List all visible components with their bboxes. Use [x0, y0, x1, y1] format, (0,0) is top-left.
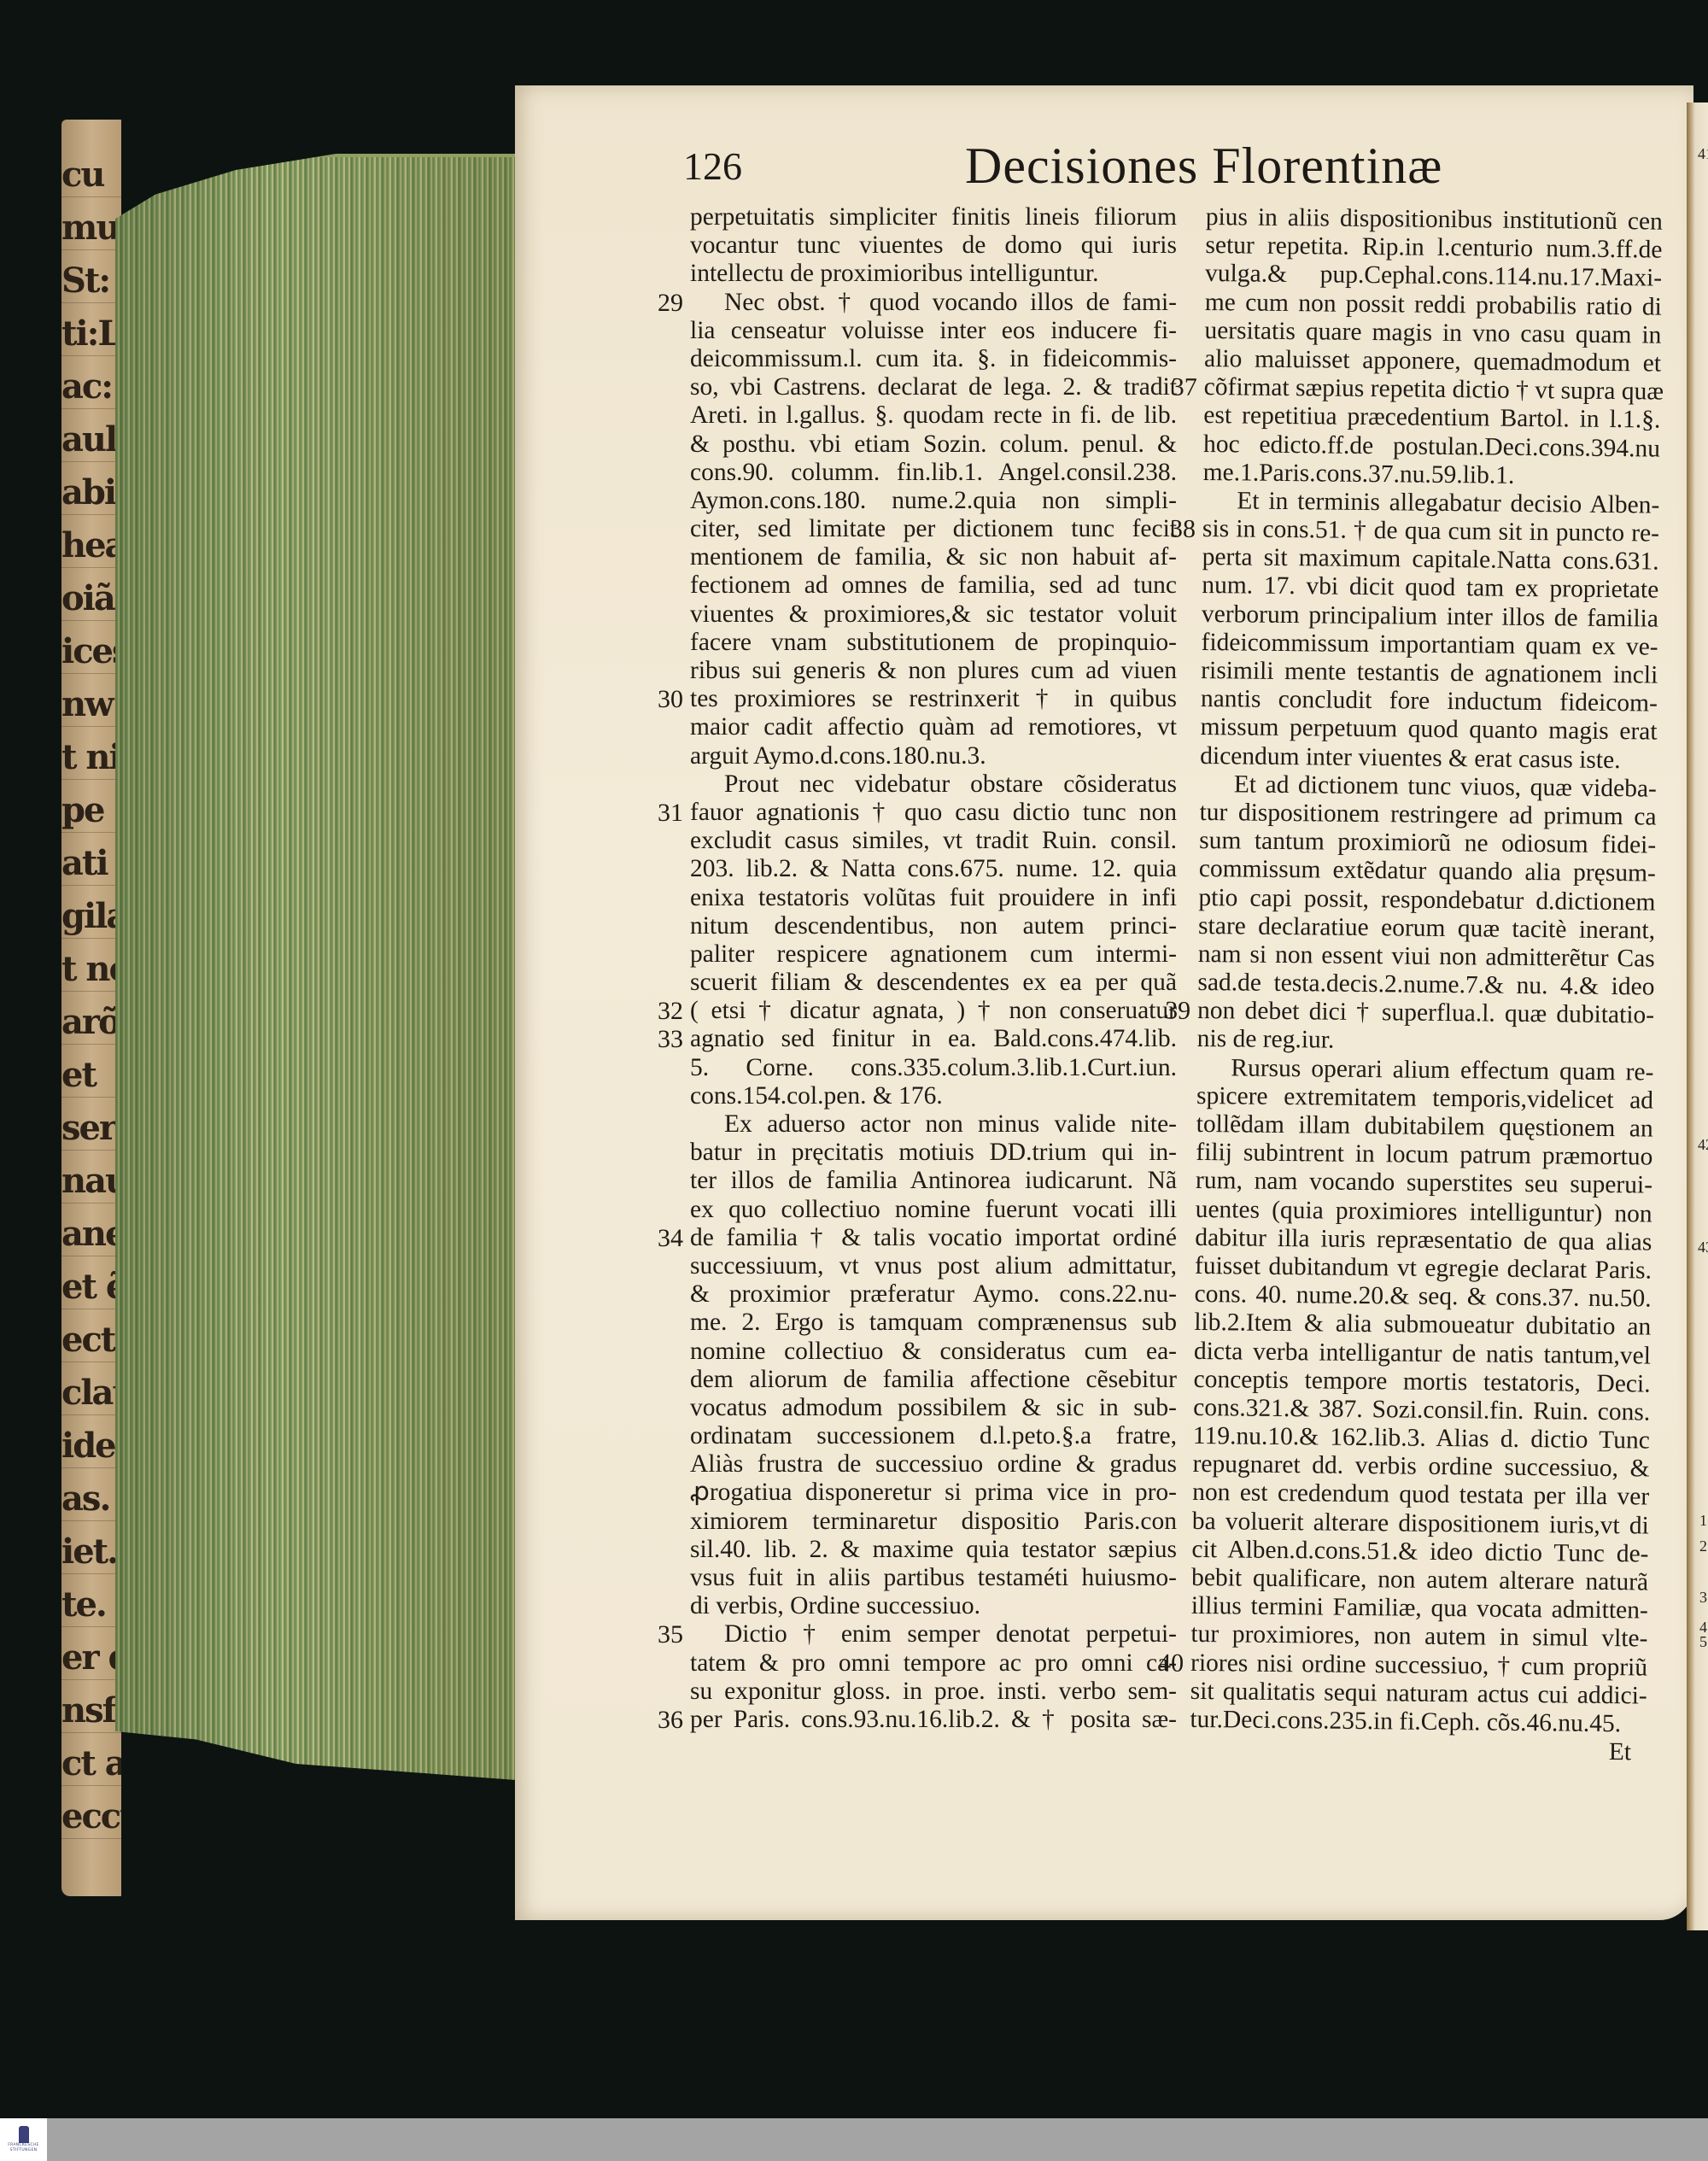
text-line: fuisset dubitandum vt egregie declarat P…: [1195, 1252, 1652, 1285]
marginal-number: 37: [1172, 373, 1197, 402]
text-line: cõfirmat sæpius repetita dictio † vt sup…: [1204, 373, 1661, 407]
text-line: perpetuitatis simpliciter finitis lineis…: [690, 203, 1177, 231]
text-line: non debet dici † superflua.l. quæ dubita…: [1197, 997, 1654, 1030]
spine-manuscript-fragment: St:: [61, 260, 121, 303]
spine-manuscript-fragment: iet.: [61, 1531, 121, 1574]
text-line: ximiorem terminaretur dispositio Paris.c…: [690, 1508, 1177, 1536]
text-line: riores nisi ordine successiuo, † cum pro…: [1190, 1649, 1647, 1682]
text-line: Rursus operari alium effectum quam re-: [1196, 1054, 1653, 1087]
text-line: risimili mente testantis de agnationem i…: [1201, 657, 1658, 690]
next-leaf-number: 1: [1699, 1512, 1707, 1530]
text-line: spicere extremitatem temporis,videlicet …: [1196, 1082, 1653, 1116]
marginal-number: 40: [1158, 1649, 1184, 1678]
text-line: nomine collectiuo & consideratus cum ea-: [690, 1338, 1177, 1366]
running-title: Decisiones Florentinæ: [965, 137, 1442, 196]
next-leaf-number: 2: [1699, 1537, 1707, 1555]
text-line: ( etsi † dicatur agnata, ) † non conseru…: [690, 997, 1177, 1025]
spine-manuscript-fragment: ac:: [61, 366, 121, 409]
spine-manuscript-fragment: as.: [61, 1478, 121, 1521]
text-column-right: pius in aliis dispositionibus institutio…: [1190, 203, 1663, 1767]
text-line: tollẽdam illam dubitabilem quęstionem an: [1196, 1110, 1653, 1144]
next-leaf-number: 41: [1698, 145, 1708, 163]
marginal-number: 35: [658, 1620, 683, 1649]
text-line: nam si non essent viui non admitterẽtur …: [1198, 940, 1655, 974]
text-line: lia censeatur voluisse inter eos inducer…: [690, 317, 1177, 345]
text-line: nantis concludit fore inductum fideicom-: [1201, 685, 1658, 718]
text-line: repugnaret dd. verbis ordine successiuo,…: [1192, 1450, 1649, 1484]
text-line: alio maluisset apponere, quemadmodum et: [1204, 345, 1661, 378]
text-line: enixa testatoris volũtas fuit prouidere …: [690, 884, 1177, 912]
marginal-number: 38: [1170, 515, 1196, 544]
text-line: cons.321.& 387. Sozi.consil.fin. Ruin. c…: [1193, 1394, 1650, 1427]
text-line: tes proximiores se restrinxerit † in qui…: [690, 685, 1177, 713]
text-line: facere vnam substitutionem de propinquio…: [690, 629, 1177, 657]
text-line: cit Alben.d.cons.51.& ideo dictio Tunc d…: [1191, 1536, 1648, 1569]
text-column-left: perpetuitatis simpliciter finitis lineis…: [690, 203, 1177, 1734]
text-line: tur.Deci.cons.235.in fi.Ceph. cõs.46.nu.…: [1190, 1706, 1647, 1739]
text-line: & posthu. vbi etiam Sozin. colum. penul.…: [690, 430, 1177, 459]
text-line: so, vbi Castrens. declarat de lega. 2. &…: [690, 373, 1177, 401]
text-line: & proximior præferatur Aymo. cons.22.nu-: [690, 1280, 1177, 1309]
spine-manuscript-fragment: nw: [61, 683, 121, 727]
spine-manuscript-fragment: ecta: [61, 1319, 121, 1362]
text-line: hoc edicto.ff.de postulan.Deci.cons.394.…: [1203, 430, 1660, 463]
text-line: sis in cons.51. † de qua cum sit in punc…: [1202, 515, 1659, 548]
text-line: pius in aliis dispositionibus institutio…: [1206, 203, 1663, 237]
text-line: vsus fuit in aliis partibus testaméti hu…: [690, 1564, 1177, 1592]
text-line: verborum principalium inter illos de fam…: [1202, 600, 1658, 634]
spine-manuscript-fragment: et: [61, 1054, 121, 1098]
text-line: Aliàs frustra de successiuo ordine & gra…: [690, 1450, 1177, 1479]
text-line: illius termini Familiæ, qua vocata admit…: [1191, 1592, 1648, 1625]
spine-manuscript-fragment: t ne: [61, 948, 121, 992]
text-line: batur in pręcitatis motiuis DD.trium qui…: [690, 1139, 1177, 1167]
spine-manuscript-fragment: pe: [61, 789, 121, 833]
text-line: me. 2. Ergo is tamquam comprænensus sub: [690, 1309, 1177, 1337]
spine-manuscript-fragment: er du: [61, 1637, 121, 1680]
text-line: agnatio sed finitur in ea. Bald.cons.474…: [690, 1025, 1177, 1053]
spine-manuscript-fragment: ices: [61, 630, 121, 674]
text-line: ter illos de familia Antinorea iudicarun…: [690, 1167, 1177, 1195]
text-line: perta sit maximum capitale.Natta cons.63…: [1202, 543, 1658, 577]
text-line: Et ad dictionem tunc viuos, quæ videba-: [1200, 770, 1657, 804]
text-line: me cum non possit reddi probabilis ratio…: [1205, 289, 1662, 322]
marginal-number: 39: [1165, 997, 1190, 1026]
page-number: 126: [683, 143, 742, 189]
spine-manuscript-fragment: cu: [61, 154, 121, 197]
text-line: Areti. in l.gallus. §. quodam recte in f…: [690, 401, 1177, 430]
spine-manuscript-fragment: gila: [61, 895, 121, 939]
text-line: citer, sed limitate per dictionem tunc f…: [690, 515, 1177, 543]
spine-manuscript-fragment: abit: [61, 471, 121, 515]
marginal-number: 33: [658, 1025, 683, 1053]
text-line: non est credendum quod testata per illa …: [1192, 1479, 1649, 1512]
text-line: su exponitur gloss. in proe. insti. verb…: [690, 1678, 1177, 1706]
spine-manuscript-fragment: ct a: [61, 1742, 121, 1786]
text-line: maior cadit affectio quàm ad remotiores,…: [690, 713, 1177, 741]
text-line: dicta verba intelligantur de natis tantu…: [1194, 1337, 1651, 1370]
spine-manuscript-fragment: t ni: [61, 736, 121, 780]
text-line: Et in terminis allegabatur decisio Alben…: [1202, 487, 1659, 520]
page-fore-edge: [115, 154, 517, 1780]
text-line: vocantur tunc viuentes de domo qui iuris: [690, 231, 1177, 260]
text-line: arguit Aymo.d.cons.180.nu.3.: [690, 742, 1177, 770]
page-header: 126 Decisiones Florentinæ: [683, 137, 1691, 196]
text-line: setur repetita. Rip.in l.centurio num.3.…: [1205, 231, 1662, 265]
text-line: uentes (quia proximiores intelliguntur) …: [1195, 1195, 1652, 1228]
text-line: est repetitiua præcedentium Bartol. in l…: [1203, 401, 1660, 435]
text-line: num. 17. vbi dicit quod tam ex proprieta…: [1202, 571, 1658, 605]
text-line: tatem & pro omni tempore ac pro omni ca-: [690, 1649, 1177, 1678]
spine-manuscript-fragment: arõ: [61, 1001, 121, 1045]
text-line: dicendum inter viuentes & erat casus ist…: [1200, 742, 1657, 776]
text-line: vulga.& pup.Cephal.cons.114.nu.17.Maxi-: [1205, 260, 1662, 293]
spine-manuscript-fragment: mu: [61, 207, 121, 250]
next-leaf-edge: [1687, 102, 1708, 1930]
text-line: 119.nu.10.& 162.lib.3. Alias d. dictio T…: [1193, 1422, 1650, 1455]
text-line: per Paris. cons.93.nu.16.lib.2. & † posi…: [690, 1706, 1177, 1734]
text-line: filij subintrent in locum patrum præmort…: [1196, 1139, 1652, 1172]
text-line: ordinatam successionem d.l.peto.§.a frat…: [690, 1422, 1177, 1450]
text-line: Ex aduerso actor non minus valide nite-: [690, 1110, 1177, 1139]
next-leaf-number: 43: [1698, 1239, 1708, 1256]
text-line: successiuum, vt vnus post alium admittat…: [690, 1252, 1177, 1280]
institution-logo[interactable]: FRANCKESCHE STIFTUNGEN: [0, 2118, 47, 2161]
text-line: dem aliorum de familia affectione cẽsebi…: [690, 1366, 1177, 1394]
spine-manuscript-fragment: ti:L: [61, 313, 121, 356]
text-line: ba voluerit alterare dispositionem iuris…: [1192, 1508, 1649, 1541]
marginal-number: 30: [658, 685, 683, 713]
text-line: nitum descendentibus, non autem princi-: [690, 912, 1177, 940]
text-line: excludit casus similes, vt tradit Ruin. …: [690, 827, 1177, 855]
text-line: ribus sui generis & non plures cum ad vi…: [690, 657, 1177, 685]
text-line: paliter respicere agnationem cum intermi…: [690, 940, 1177, 969]
spine-manuscript-fragment: ati: [61, 842, 121, 886]
text-line: deicommissum.l. cum ita. §. in fideicomm…: [690, 345, 1177, 373]
spine-manuscript-fragment: ider: [61, 1425, 121, 1468]
text-line: conceptis tempore mortis testatoris, Dec…: [1193, 1366, 1650, 1399]
text-line: nis de reg.iur.: [1197, 1025, 1654, 1058]
next-leaf-number: 42: [1698, 1136, 1708, 1154]
marginal-number: 36: [658, 1706, 683, 1734]
text-line: rum, nam vocando superstites seu superui…: [1196, 1167, 1652, 1200]
spine-manuscript-fragment: te.: [61, 1584, 121, 1627]
text-line: de familia † & talis vocatio importat or…: [690, 1224, 1177, 1252]
text-line: sil.40. lib. 2. & maxime quia testator s…: [690, 1536, 1177, 1564]
spine-manuscript-fragment: ecct: [61, 1795, 121, 1839]
text-line: sit qualitatis sequi naturam actus cui a…: [1190, 1678, 1647, 1711]
logo-text-line2: STIFTUNGEN: [10, 2148, 38, 2153]
text-line: stare declaratiue eorum quæ tacitè inera…: [1198, 912, 1655, 946]
spine-manuscript-fragment: ser: [61, 1107, 121, 1151]
text-line: Nec obst. † quod vocando illos de fami-2…: [690, 289, 1177, 317]
spine-manuscript-fragment: aul: [61, 419, 121, 462]
marginal-number: 29: [658, 289, 683, 317]
text-line: scuerit filiam & descendentes ex ea per …: [690, 969, 1177, 997]
franckesche-figure-icon: [19, 2126, 29, 2143]
text-line: tur proximiores, non autem in simul vlte…: [1190, 1620, 1647, 1654]
text-line: ex quo collectiuo nomine fuerunt vocati …: [690, 1196, 1177, 1224]
text-line: fectionem ad omnes de familia, sed ad tu…: [690, 571, 1177, 600]
spine-manuscript-fragment: nau: [61, 1160, 121, 1203]
text-line: missum perpetuum quod quanto magis erat: [1200, 713, 1657, 747]
text-line: cons.90. columm. fin.lib.1. Angel.consil…: [690, 459, 1177, 487]
marginal-number: 34: [658, 1224, 683, 1252]
binding-spine: cumuSt:ti:Lac:aulabitheaoiãicesnwt nipea…: [61, 120, 121, 1896]
spine-manuscript-fragment: nsfit: [61, 1690, 121, 1733]
text-line: uersitatis quare magis in vno casu quam …: [1204, 317, 1661, 350]
text-line: Aymon.cons.180. nume.2.quia non simpli-: [690, 487, 1177, 515]
text-line: fauor agnationis † quo casu dictio tunc …: [690, 799, 1177, 827]
text-line: viuentes & proximiores,& sic testator vo…: [690, 600, 1177, 629]
spine-manuscript-fragment: hea: [61, 524, 121, 568]
catchword: Et: [1190, 1734, 1647, 1767]
next-leaf-number: 5: [1699, 1633, 1707, 1651]
text-line: commissum extẽdatur quando alia pręsum-: [1199, 855, 1656, 888]
text-line: me.1.Paris.cons.37.nu.59.lib.1.: [1203, 459, 1660, 492]
text-line: ꝓrogatiua disponeretur si prima vice in …: [690, 1479, 1177, 1507]
text-line: 5. Corne. cons.335.colum.3.lib.1.Curt.iu…: [690, 1054, 1177, 1082]
spine-manuscript-fragment: clate: [61, 1372, 121, 1415]
text-line: di verbis, Ordine successiuo.: [690, 1592, 1177, 1620]
text-line: ptio capi possit, respondebatur d.dictio…: [1198, 883, 1655, 917]
text-line: Dictio † enim semper denotat perpetui-35: [690, 1620, 1177, 1649]
text-line: Prout nec videbatur obstare cõsideratus: [690, 770, 1177, 799]
viewer-footer-bar: [0, 2118, 1708, 2161]
spine-manuscript-fragment: oiã: [61, 577, 121, 621]
text-line: 203. lib.2. & Natta cons.675. nume. 12. …: [690, 855, 1177, 883]
text-line: lib.2.Item & alia submoueatur dubitatio …: [1194, 1309, 1651, 1342]
text-line: bebit qualificare, non autem alterare na…: [1191, 1564, 1648, 1597]
text-line: cons. 40. nume.20.& seq. & cons.37. nu.5…: [1194, 1280, 1651, 1314]
spine-manuscript-fragment: et ẽ: [61, 1266, 121, 1309]
text-line: fideicommissum importantiam quam ex ve-: [1201, 629, 1658, 662]
marginal-number: 31: [658, 799, 683, 827]
next-leaf-number: 3: [1699, 1589, 1707, 1607]
marginal-number: 32: [658, 997, 683, 1025]
text-line: sad.de testa.decis.2.nume.7.& nu. 4.& id…: [1197, 969, 1654, 1002]
text-line: sum tantum proximiorũ ne odiosum fidei-: [1199, 827, 1656, 860]
spine-manuscript-fragment: ane: [61, 1213, 121, 1256]
text-line: dabitur illa iuris repræsentatio de qua …: [1195, 1224, 1652, 1257]
text-line: cons.154.col.pen. & 176.: [690, 1082, 1177, 1110]
text-line: vocatus admodum possibilem & sic in sub-: [690, 1394, 1177, 1422]
text-line: intellectu de proximioribus intelliguntu…: [690, 260, 1177, 288]
text-line: tur dispositionem restringere ad primum …: [1199, 799, 1656, 832]
text-line: mentionem de familia, & sic non habuit a…: [690, 543, 1177, 571]
